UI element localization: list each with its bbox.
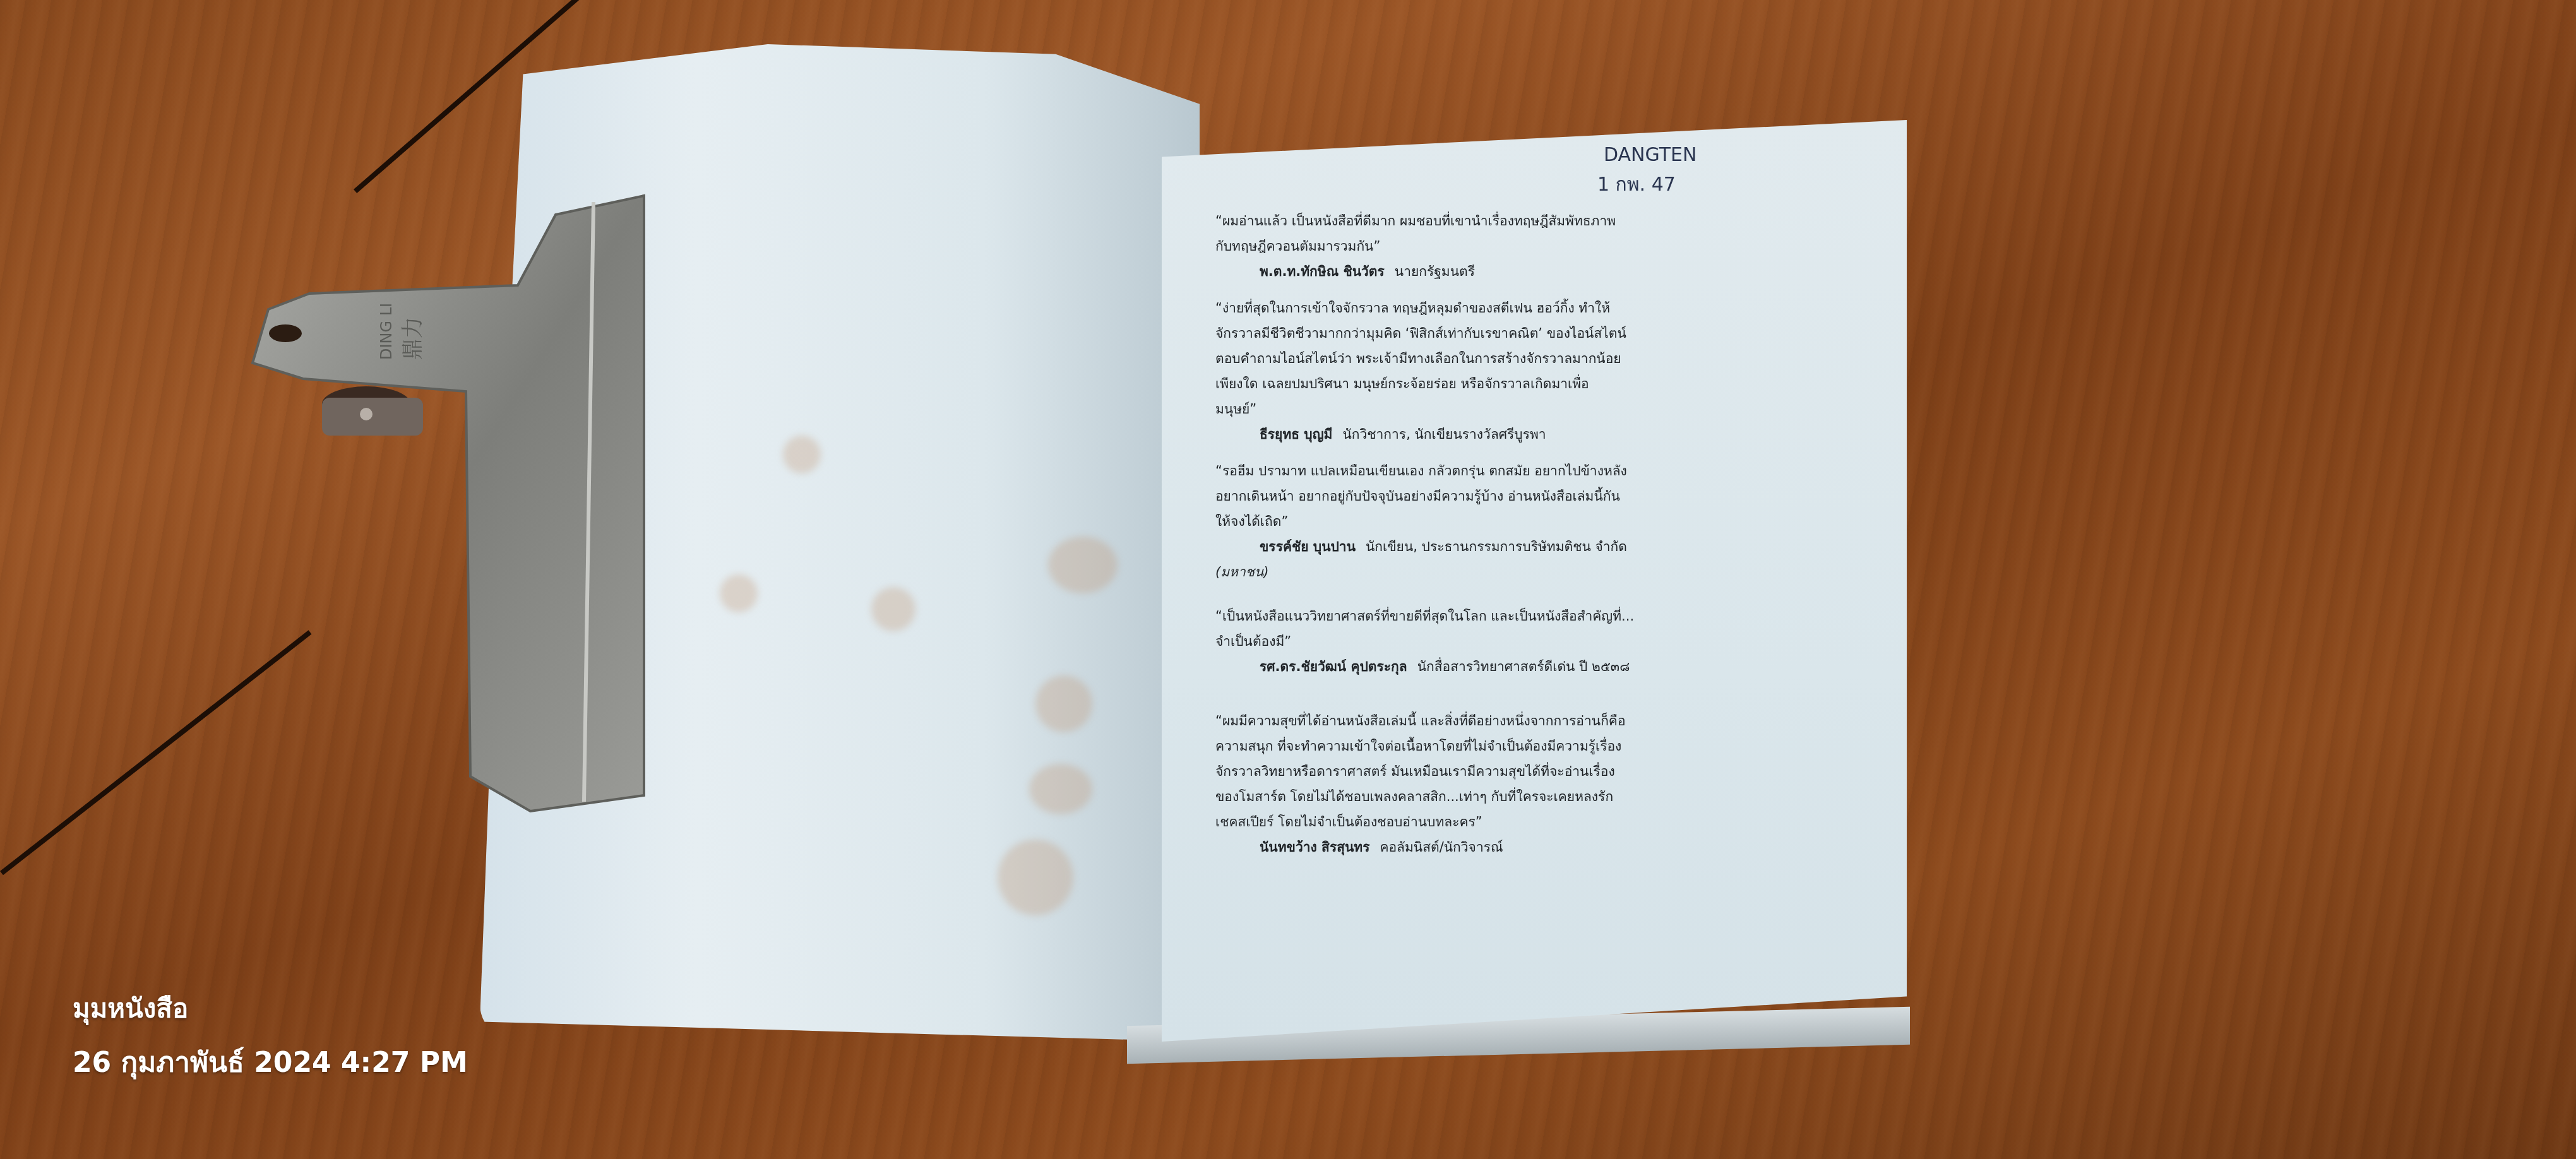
author-name: พ.ต.ท.ทักษิณ ชินวัตร (1260, 264, 1385, 279)
quote-line: “เป็นหนังสือแนววิทยาศาสตร์ที่ขายดีที่สุด… (1215, 603, 1720, 629)
svg-text:鼎力: 鼎力 (400, 317, 426, 360)
quote-5: “ผมมีความสุขที่ได้อ่านหนังสือเล่มนี้ และ… (1215, 708, 1720, 860)
binder-clip: DING LI 鼎力 (240, 189, 657, 821)
quote-line: ของโมสาร์ต โดยไม่ได้ชอบเพลงคลาสสิก...เท่… (1215, 784, 1720, 809)
quote-line: เพียงใด เฉลยปมปริศนา มนุษย์กระจ้อยร่อย ห… (1215, 371, 1720, 396)
author-title-cont: (มหาชน) (1215, 559, 1720, 585)
quote-3: “รอฮีม ปรามาท แปลเหมือนเขียนเอง กลัวตกรุ… (1215, 458, 1720, 585)
attribution: พ.ต.ท.ทักษิณ ชินวัตรนายกรัฐมนตรี (1215, 259, 1720, 284)
quote-line: เชคสเปียร์ โดยไม่จำเป็นต้องชอบอ่านบทละคร… (1215, 809, 1720, 835)
author-title: นายกรัฐมนตรี (1395, 264, 1475, 279)
binder-clip-icon: DING LI 鼎力 (240, 189, 657, 821)
quote-1: “ผมอ่านแล้ว เป็นหนังสือที่ดีมาก ผมชอบที่… (1215, 208, 1720, 284)
attribution: ธีรยุทธ บุญมีนักวิชาการ, นักเขียนรางวัลศ… (1215, 422, 1720, 447)
author-title: นักสื่อสารวิทยาศาสตร์ดีเด่น ปี ๒๕๓๘ (1417, 659, 1630, 674)
quote-line: “ผมมีความสุขที่ได้อ่านหนังสือเล่มนี้ และ… (1215, 708, 1720, 734)
quote-line: “รอฮีม ปรามาท แปลเหมือนเขียนเอง กลัวตกรุ… (1215, 458, 1720, 484)
author-name: นันทขว้าง สิรสุนทร (1260, 840, 1369, 855)
watermark-timestamp: 26 กุมภาพันธ์ 2024 4:27 PM (73, 1040, 468, 1085)
quote-4: “เป็นหนังสือแนววิทยาศาสตร์ที่ขายดีที่สุด… (1215, 603, 1720, 679)
quote-line: “ผมอ่านแล้ว เป็นหนังสือที่ดีมาก ผมชอบที่… (1215, 208, 1720, 234)
quote-line: ให้จงได้เถิด” (1215, 509, 1720, 534)
author-name: ขรรค์ชัย บุนปาน (1260, 539, 1356, 554)
quote-line: จำเป็นต้องมี” (1215, 629, 1720, 654)
quote-line: อยากเดินหน้า อยากอยู่กับปัจจุบันอย่างมีค… (1215, 484, 1720, 509)
attribution: ขรรค์ชัย บุนปานนักเขียน, ประธานกรรมการบร… (1215, 534, 1720, 559)
quote-line: จักรวาลวิทยาหรือดาราศาสตร์ มันเหมือนเราม… (1215, 759, 1720, 784)
handwritten-note: DANGTEN 1 กพ. 47 (1604, 144, 1696, 199)
attribution: รศ.ดร.ชัยวัฒน์ คุปตระกุลนักสื่อสารวิทยาศ… (1215, 654, 1720, 679)
quote-line: มนุษย์” (1215, 396, 1720, 422)
author-name: ธีรยุทธ บุญมี (1260, 427, 1332, 442)
author-name: รศ.ดร.ชัยวัฒน์ คุปตระกุล (1260, 659, 1407, 674)
author-title: คอลัมนิสต์/นักวิจารณ์ (1380, 840, 1503, 855)
watermark-shop-name: มุมหนังสือ (73, 988, 188, 1030)
quote-line: จักรวาลมีชีวิตชีวามากกว่ามุมคิด ‘ฟิสิกส์… (1215, 321, 1720, 346)
quote-line: “ง่ายที่สุดในการเข้าใจจักรวาล ทฤษฎีหลุมด… (1215, 295, 1720, 321)
quote-line: ตอบคำถามไอน์สไตน์ว่า พระเจ้ามีทางเลือกใน… (1215, 346, 1720, 371)
attribution: นันทขว้าง สิรสุนทรคอลัมนิสต์/นักวิจารณ์ (1215, 835, 1720, 860)
quote-2: “ง่ายที่สุดในการเข้าใจจักรวาล ทฤษฎีหลุมด… (1215, 295, 1720, 447)
author-title: นักเขียน, ประธานกรรมการบริษัทมติชน จำกัด (1366, 539, 1627, 554)
quote-line: กับทฤษฎีควอนตัมมารวมกัน” (1215, 234, 1720, 259)
handwriting-line-1: DANGTEN (1604, 144, 1696, 166)
svg-text:DING LI: DING LI (378, 303, 395, 360)
handwriting-line-2: 1 กพ. 47 (1597, 170, 1696, 199)
quote-line: ความสนุก ที่จะทำความเข้าใจต่อเนื้อหาโดยท… (1215, 734, 1720, 759)
author-title: นักวิชาการ, นักเขียนรางวัลศรีบูรพา (1342, 427, 1546, 442)
